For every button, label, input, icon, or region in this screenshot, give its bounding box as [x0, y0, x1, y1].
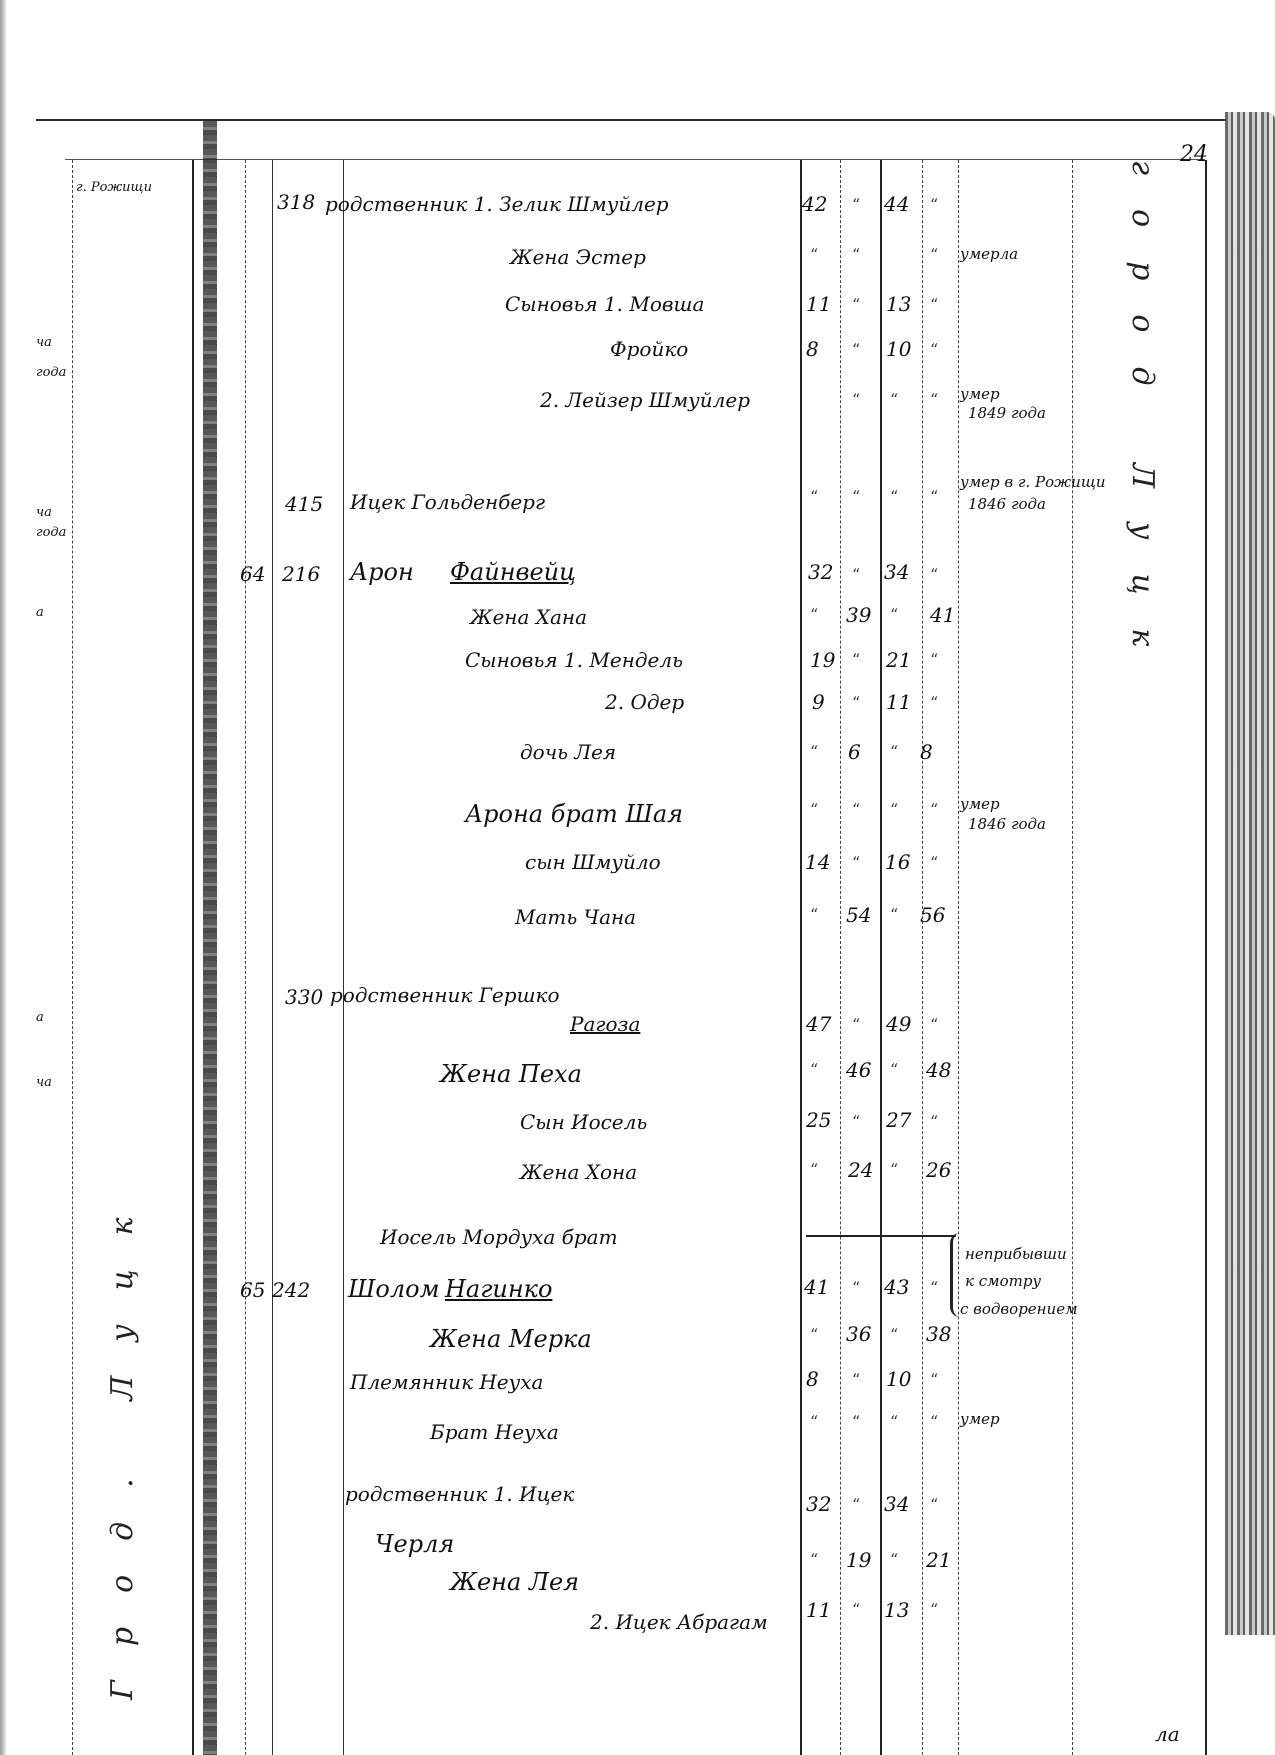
family-number: 65 [240, 1278, 265, 1302]
ditto-mark: “ [852, 1495, 860, 1514]
age-current: 13 [886, 292, 911, 316]
entry-name: Арона брат Шая [465, 800, 683, 828]
ditto-mark: “ [852, 565, 860, 584]
entry-note: умер в г. Рожищи [960, 473, 1106, 491]
header-rule [65, 159, 1205, 160]
entry-note: 1846 года [968, 815, 1046, 833]
age-previous: 47 [806, 1012, 831, 1036]
entry-note: умер [960, 1410, 1000, 1428]
ditto-mark: “ [930, 800, 938, 819]
margin-note: ча [36, 335, 52, 350]
age-current: 27 [886, 1108, 911, 1132]
entry-note: умер [960, 385, 1000, 403]
binding-gutter [203, 121, 217, 1755]
ditto-mark: “ [810, 905, 818, 924]
entry-name: родственник 1. Ицек [345, 1482, 574, 1506]
margin-note: а [36, 605, 44, 620]
age-current: 43 [884, 1275, 909, 1299]
ditto-mark: “ [810, 605, 818, 624]
age-current: 49 [886, 1012, 911, 1036]
house-number: 242 [272, 1278, 310, 1302]
ditto-mark: “ [890, 1412, 898, 1431]
margin-note: года [36, 365, 66, 380]
age-current: 34 [884, 1492, 909, 1516]
age-current: 48 [926, 1058, 951, 1082]
age-current: 38 [926, 1322, 951, 1346]
entry-surname: Файнвейц [450, 558, 576, 586]
age-current: 41 [930, 603, 955, 627]
ditto-mark: “ [890, 1060, 898, 1079]
entry-name: Фройко [610, 337, 688, 361]
column-rule [880, 160, 882, 1755]
ditto-mark: “ [930, 390, 938, 409]
age-previous: 9 [812, 690, 825, 714]
age-current: 10 [886, 337, 911, 361]
age-current: 8 [920, 740, 933, 764]
entry-name: Мать Чана [515, 905, 636, 929]
ditto-mark: “ [890, 1325, 898, 1344]
entry-surname: Рагоза [570, 1012, 640, 1036]
ditto-mark: “ [810, 1550, 818, 1569]
age-previous: 39 [846, 603, 871, 627]
age-previous: 11 [806, 292, 831, 316]
ditto-mark: “ [930, 565, 938, 584]
entry-name: Жена Пеха [440, 1060, 582, 1088]
column-rule [800, 160, 802, 1755]
age-previous: 42 [802, 192, 827, 216]
entry-note: умерла [960, 245, 1018, 263]
ditto-mark: “ [930, 1370, 938, 1389]
ditto-mark: “ [810, 245, 818, 264]
ditto-mark: “ [890, 605, 898, 624]
left-vertical-city-text: Грод. Луцк [105, 220, 140, 1700]
age-previous: 25 [806, 1108, 831, 1132]
column-rule [343, 160, 344, 1755]
family-number: 64 [240, 562, 265, 586]
margin-note: ча [36, 505, 52, 520]
right-bottom-note: ла [1155, 1722, 1180, 1746]
ditto-mark: “ [930, 245, 938, 264]
ditto-mark: “ [810, 1325, 818, 1344]
ditto-mark: “ [930, 340, 938, 359]
ditto-mark: “ [852, 245, 860, 264]
entry-name: сын Шмуйло [525, 850, 661, 874]
ditto-mark: “ [810, 487, 818, 506]
age-current: 13 [884, 1598, 909, 1622]
age-previous: 36 [846, 1322, 871, 1346]
age-previous: 32 [808, 560, 833, 584]
ditto-mark: “ [930, 1278, 938, 1297]
folio-number: 24 [1180, 142, 1208, 167]
margin-place-note: г. Рожищи [76, 180, 152, 195]
age-current: 44 [884, 192, 909, 216]
ditto-mark: “ [810, 1160, 818, 1179]
age-previous: 19 [846, 1548, 871, 1572]
ditto-mark: “ [810, 742, 818, 761]
ditto-mark: “ [852, 853, 860, 872]
ditto-mark: “ [890, 905, 898, 924]
ditto-mark: “ [930, 650, 938, 669]
entry-first-name: Шолом [348, 1275, 439, 1303]
entry-name: Жена Хана [470, 605, 587, 629]
age-current: 16 [885, 850, 910, 874]
page-edge [0, 0, 6, 1755]
ditto-mark: “ [852, 1112, 860, 1131]
entry-first-name: Арон [350, 558, 414, 586]
ditto-mark: “ [890, 1160, 898, 1179]
ditto-mark: “ [852, 1412, 860, 1431]
ditto-mark: “ [930, 1015, 938, 1034]
entry-name: 2. Одер [605, 690, 684, 714]
entry-note: с водворением [960, 1300, 1078, 1318]
age-current: 10 [886, 1367, 911, 1391]
ditto-mark: “ [810, 1060, 818, 1079]
house-number: 216 [282, 562, 320, 586]
age-current: 11 [886, 690, 911, 714]
bracket-rule [806, 1235, 956, 1237]
ditto-mark: “ [852, 650, 860, 669]
age-current: 26 [926, 1158, 951, 1182]
ditto-mark: “ [930, 195, 938, 214]
column-rule [192, 160, 194, 1755]
ditto-mark: “ [852, 1370, 860, 1389]
entry-name: Жена Эстер [510, 245, 646, 269]
house-number: 318 [277, 190, 315, 214]
age-previous: 11 [806, 1598, 831, 1622]
ditto-mark: “ [890, 742, 898, 761]
right-vertical-city-text: город Луцк [1125, 160, 1160, 1660]
age-previous: 8 [806, 337, 819, 361]
ditto-mark: “ [930, 487, 938, 506]
entry-name: Племянник Неуха [350, 1370, 543, 1394]
column-rule [72, 160, 74, 1755]
entry-name: Ицек Гольденберг [350, 490, 545, 514]
ditto-mark: “ [930, 295, 938, 314]
house-number: 415 [285, 492, 323, 516]
entry-name: Сыновья 1. Мендель [465, 648, 683, 672]
age-previous: 24 [848, 1158, 873, 1182]
entry-name: родственник 1. Зелик Шмуйлер [325, 192, 669, 216]
ditto-mark: “ [890, 390, 898, 409]
margin-note: а [36, 1010, 44, 1025]
entry-name: Иосель Мордуха брат [380, 1225, 618, 1249]
age-previous: 8 [806, 1367, 819, 1391]
entry-note: 1846 года [968, 495, 1046, 513]
book-spine-edge [1225, 112, 1275, 1635]
ditto-mark: “ [852, 487, 860, 506]
entry-note: к смотру [965, 1272, 1041, 1290]
ditto-mark: “ [890, 487, 898, 506]
entry-name: Сыновья 1. Мовша [505, 292, 704, 316]
age-previous: 19 [810, 648, 835, 672]
ditto-mark: “ [852, 693, 860, 712]
ditto-mark: “ [930, 1412, 938, 1431]
column-rule [1205, 160, 1207, 1755]
age-previous: 14 [805, 850, 830, 874]
age-previous: 41 [804, 1275, 829, 1299]
ditto-mark: “ [852, 1600, 860, 1619]
entry-name: Жена Мерка [430, 1325, 592, 1353]
margin-note: ча [36, 1075, 52, 1090]
entry-name: родственник Гершко [330, 983, 560, 1007]
age-previous: 46 [846, 1058, 871, 1082]
ditto-mark: “ [890, 1550, 898, 1569]
ditto-mark: “ [852, 195, 860, 214]
entry-note: неприбывши [965, 1245, 1067, 1263]
age-current: 21 [886, 648, 911, 672]
ditto-mark: “ [930, 853, 938, 872]
age-previous: 6 [848, 740, 861, 764]
ditto-mark: “ [930, 1600, 938, 1619]
ditto-mark: “ [852, 390, 860, 409]
entry-surname: Нагинко [445, 1275, 552, 1303]
entry-name: Брат Неуха [430, 1420, 559, 1444]
column-rule [1072, 160, 1074, 1755]
ditto-mark: “ [810, 800, 818, 819]
ditto-mark: “ [852, 340, 860, 359]
margin-note: года [36, 525, 66, 540]
age-current: 34 [884, 560, 909, 584]
column-rule [272, 160, 273, 1755]
entry-note: 1849 года [968, 404, 1046, 422]
ditto-mark: “ [852, 295, 860, 314]
ditto-mark: “ [852, 1278, 860, 1297]
entry-name: 2. Лейзер Шмуйлер [540, 388, 750, 412]
column-rule [922, 160, 924, 1755]
ditto-mark: “ [930, 1112, 938, 1131]
entry-name: Жена Лея [450, 1568, 579, 1596]
entry-name: Сын Иосель [520, 1110, 647, 1134]
entry-note: умер [960, 795, 1000, 813]
age-current: 56 [920, 903, 945, 927]
column-rule [245, 160, 247, 1755]
ditto-mark: “ [930, 693, 938, 712]
entry-name: Черля [375, 1530, 454, 1558]
ditto-mark: “ [852, 800, 860, 819]
age-previous: 32 [806, 1492, 831, 1516]
ditto-mark: “ [890, 800, 898, 819]
house-number: 330 [285, 985, 323, 1009]
entry-name: Жена Хона [520, 1160, 637, 1184]
entry-name: 2. Ицек Абрагам [590, 1610, 768, 1634]
entry-name: дочь Лея [520, 740, 616, 764]
ditto-mark: “ [930, 1495, 938, 1514]
column-rule [840, 160, 842, 1755]
age-previous: 54 [846, 903, 871, 927]
ditto-mark: “ [810, 1412, 818, 1431]
age-current: 21 [926, 1548, 951, 1572]
ditto-mark: “ [852, 1015, 860, 1034]
